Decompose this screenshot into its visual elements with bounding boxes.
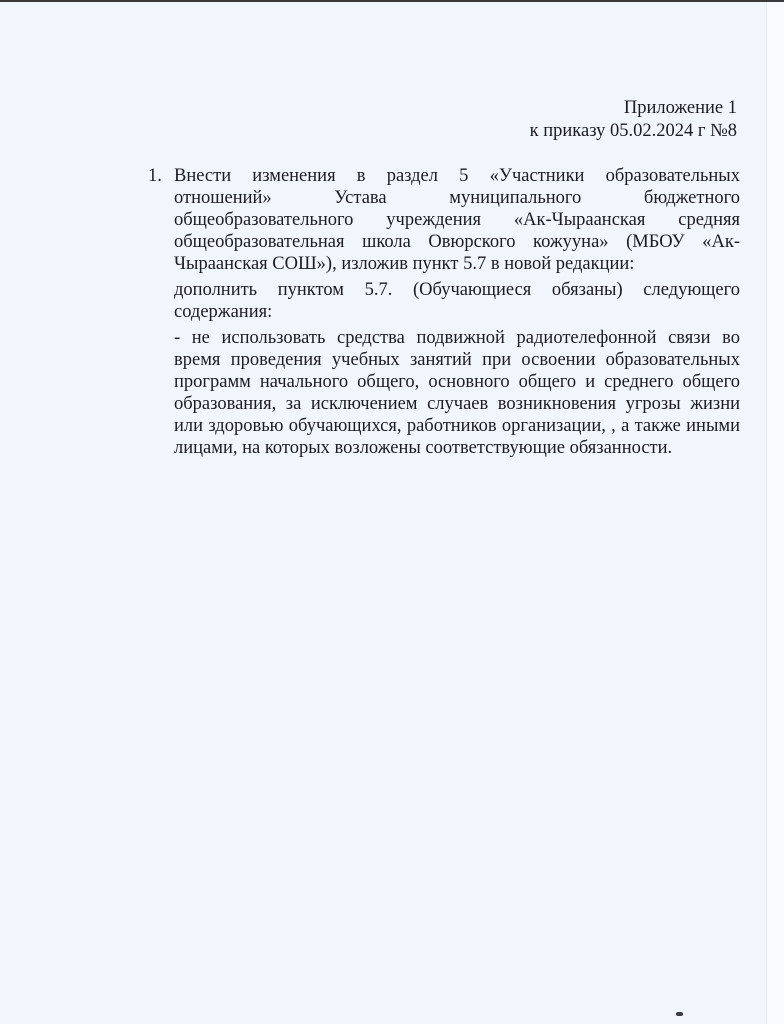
obligation-paragraph: - не использовать средства подвижной рад… bbox=[174, 327, 740, 459]
document-page bbox=[0, 2, 766, 1024]
addition-paragraph: дополнить пунктом 5.7. (Обучающиеся обяз… bbox=[174, 279, 740, 323]
amendment-paragraph: Внести изменения в раздел 5 «Участники о… bbox=[174, 165, 740, 275]
order-reference: к приказу 05.02.2024 г №8 bbox=[530, 120, 737, 143]
appendix-title: Приложение 1 bbox=[530, 97, 737, 120]
appendix-header: Приложение 1 к приказу 05.02.2024 г №8 bbox=[530, 97, 737, 143]
scan-artifact bbox=[676, 1012, 683, 1016]
list-number: 1. bbox=[148, 165, 162, 187]
list-item-1: 1. Внести изменения в раздел 5 «Участник… bbox=[148, 165, 740, 459]
document-body: 1. Внести изменения в раздел 5 «Участник… bbox=[148, 165, 740, 459]
page-edge bbox=[766, 2, 784, 1024]
